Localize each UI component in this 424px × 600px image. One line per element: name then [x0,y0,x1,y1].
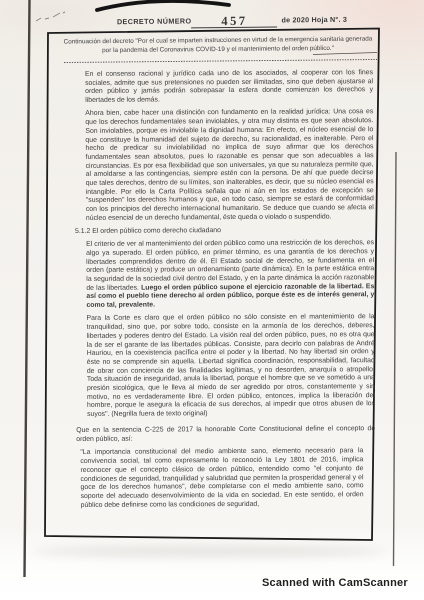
body-paragraph: Para la Corte es claro que el orden públ… [86,314,375,420]
body-paragraph: En el consenso racional y jurídico cada … [85,69,373,106]
right-scan-edge [394,152,397,566]
scanner-credit: Scanned with CamScanner [262,577,408,589]
decree-number: 457 [191,15,277,29]
left-scan-edge [25,0,30,577]
continuation-note: Continuación del decreto "Por el cual se… [62,36,374,57]
decree-header-suffix: de 2020 Hoja N°. 3 [281,15,347,26]
body-paragraph: Que en la sentencia C-225 de 2017 la hon… [76,426,375,445]
dotted-separator [64,60,377,63]
body-paragraph: El criterio de ver al mantenimiento del … [86,239,374,310]
top-edge-shadow [97,1,229,10]
document-body: En el consenso racional y jurídico cada … [74,69,376,515]
section-heading: 5.1.2 El orden público como derecho ciud… [75,226,374,237]
body-paragraph: "La importancia constitucional del medio… [80,448,363,511]
body-paragraph: Ahora bien, cabe hacer una distinción co… [85,109,374,224]
decree-header-label: DECRETO NÚMERO [117,16,192,27]
